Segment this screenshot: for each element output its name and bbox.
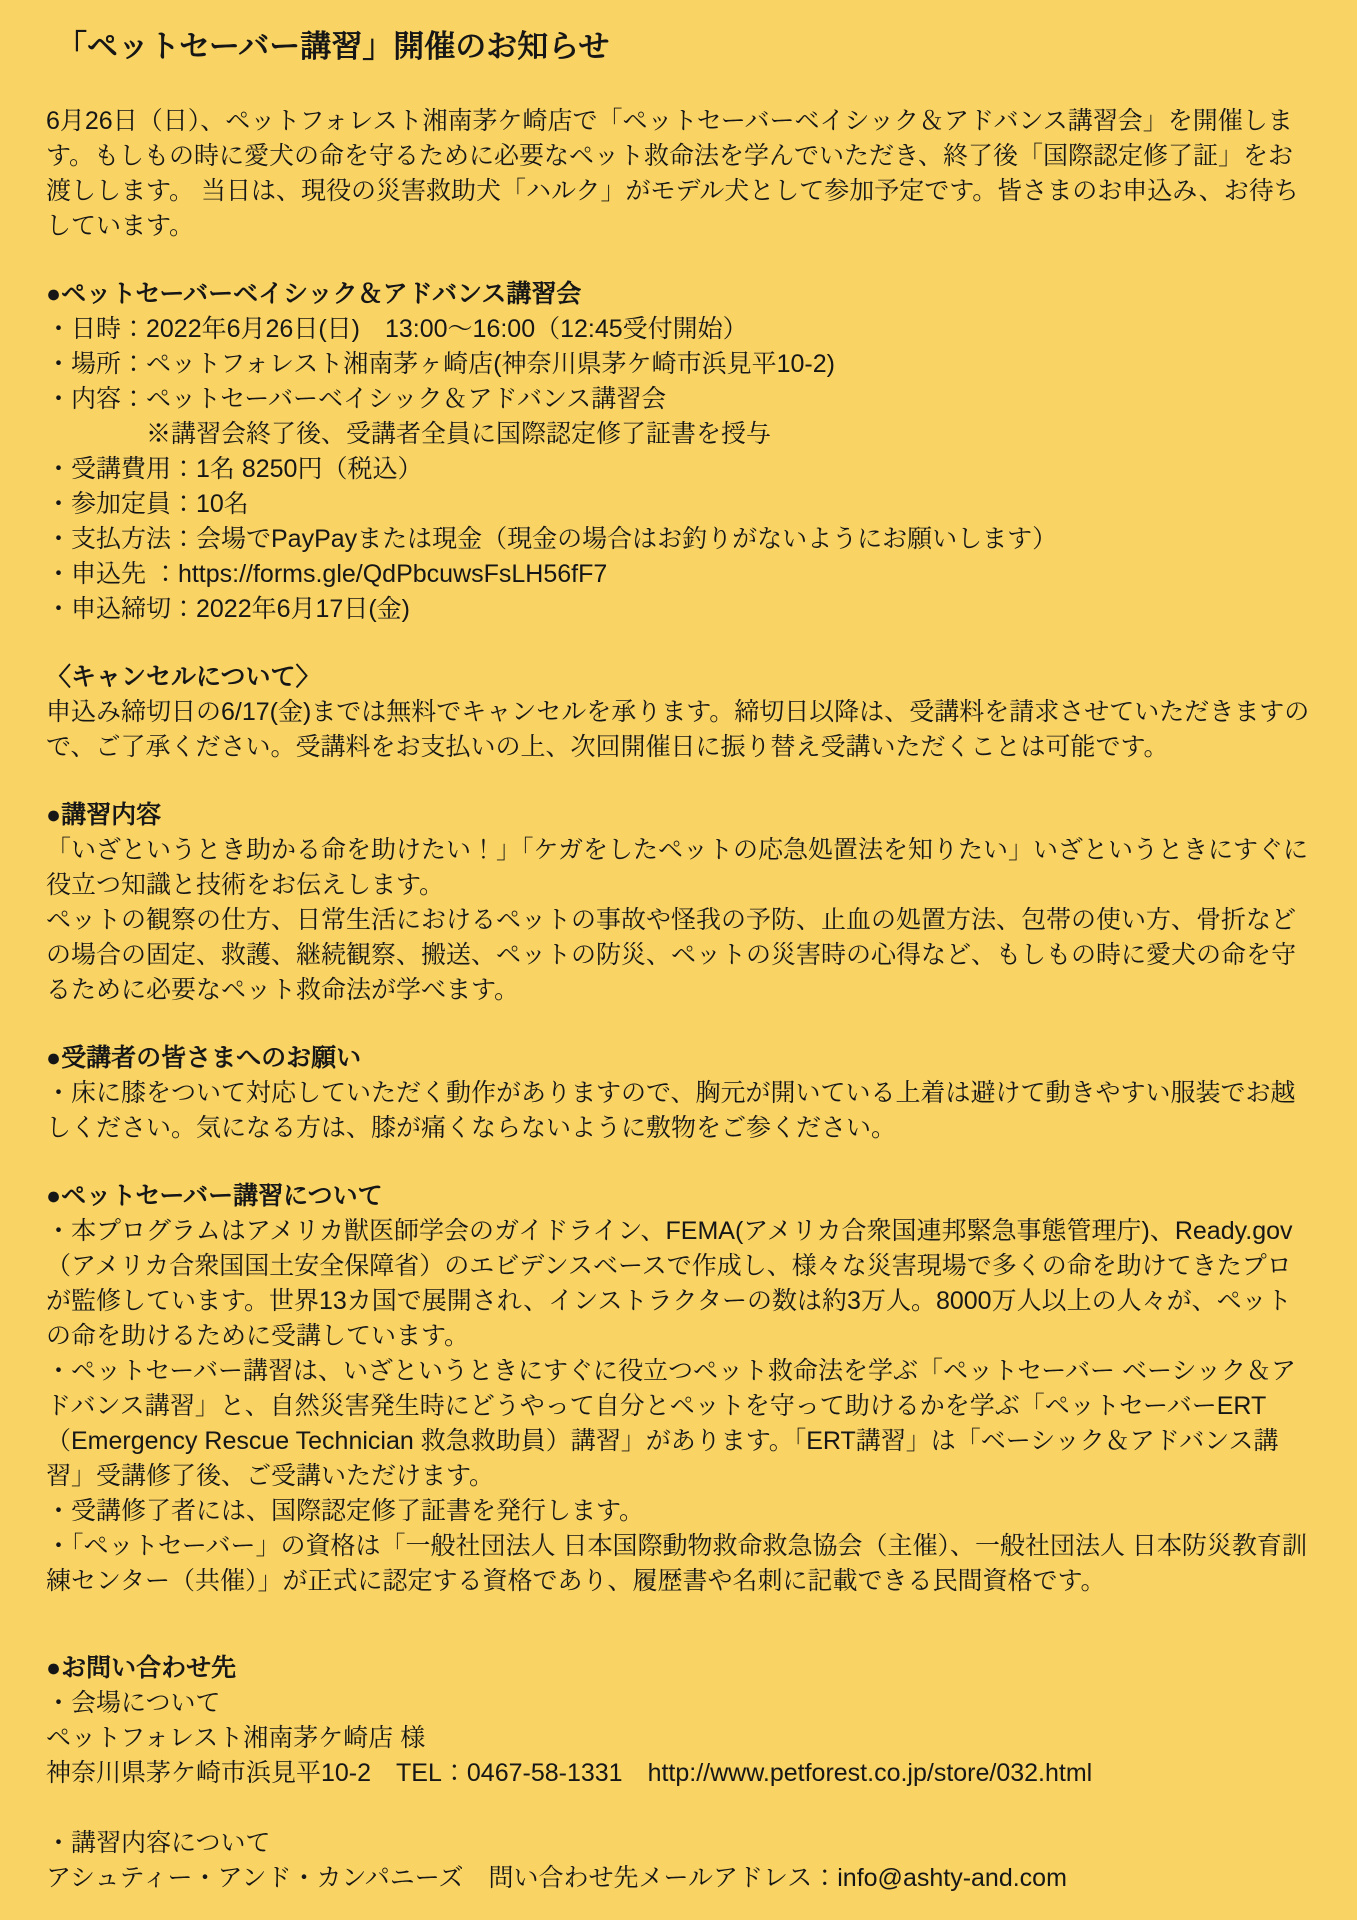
event-section: ●ペットセーバーベイシック＆アドバンス講習会 ・日時：2022年6月26日(日)… bbox=[46, 277, 1313, 627]
contact-venue-address: 神奈川県茅ケ崎市浜見平10-2 TEL：0467-58-1331 http://… bbox=[46, 1756, 1313, 1791]
attendee-request-heading: ●受講者の皆さまへのお願い bbox=[46, 1041, 1313, 1076]
event-item-content: ・内容：ペットセーバーベイシック＆アドバンス講習会 bbox=[46, 382, 1313, 417]
event-item-capacity: ・参加定員：10名 bbox=[46, 487, 1313, 522]
spacer bbox=[46, 1146, 1313, 1179]
spacer bbox=[46, 1791, 1313, 1826]
notice-page: 「ペットセーバー講習」開催のお知らせ 6月26日（日）、ペットフォレスト湘南茅ケ… bbox=[0, 0, 1357, 1920]
about-paragraph-courses: ・ペットセーバー講習は、いざというときにすぐに役立つペット救命法を学ぶ「ペットセ… bbox=[46, 1354, 1313, 1494]
event-item-place: ・場所：ペットフォレスト湘南茅ヶ崎店(神奈川県茅ケ崎市浜見平10-2) bbox=[46, 347, 1313, 382]
contact-course-label: ・講習内容について bbox=[46, 1826, 1313, 1861]
about-paragraph-qualification: ・「ペットセーバー」の資格は「一般社団法人 日本国際動物救命救急協会（主催）、一… bbox=[46, 1529, 1313, 1599]
about-paragraph-certificate: ・受講修了者には、国際認定修了証書を発行します。 bbox=[46, 1494, 1313, 1529]
intro-paragraph: 6月26日（日）、ペットフォレスト湘南茅ケ崎店で「ペットセーバーベイシック＆アド… bbox=[46, 104, 1313, 244]
notice-title: 「ペットセーバー講習」開催のお知らせ bbox=[46, 24, 1313, 69]
course-content-heading: ●講習内容 bbox=[46, 798, 1313, 833]
event-item-application-url: ・申込先 ：https://forms.gle/QdPbcuwsFsLH56fF… bbox=[46, 557, 1313, 592]
contact-heading: ●お問い合わせ先 bbox=[46, 1651, 1313, 1686]
spacer bbox=[46, 69, 1313, 104]
attendee-request-paragraph: ・床に膝をついて対応していただく動作がありますので、胸元が開いている上着は避けて… bbox=[46, 1076, 1313, 1146]
attendee-request-section: ●受講者の皆さまへのお願い ・床に膝をついて対応していただく動作がありますので、… bbox=[46, 1041, 1313, 1146]
contact-venue-label: ・会場について bbox=[46, 1686, 1313, 1721]
cancel-heading: 〈キャンセルについて〉 bbox=[46, 660, 1313, 695]
cancel-paragraph: 申込み締切日の6/17(金)までは無料でキャンセルを承ります。締切日以降は、受講… bbox=[46, 695, 1313, 765]
course-content-section: ●講習内容 「いざというとき助かる命を助けたい！」「ケガをしたペットの応急処置法… bbox=[46, 798, 1313, 1008]
about-paragraph-program: ・本プログラムはアメリカ獣医師学会のガイドライン、FEMA(アメリカ合衆国連邦緊… bbox=[46, 1214, 1313, 1354]
contact-venue-name: ペットフォレスト湘南茅ケ崎店 様 bbox=[46, 1721, 1313, 1756]
spacer bbox=[46, 627, 1313, 660]
spacer bbox=[46, 765, 1313, 798]
event-item-fee: ・受講費用：1名 8250円（税込） bbox=[46, 452, 1313, 487]
course-content-paragraph-1: 「いざというとき助かる命を助けたい！」「ケガをしたペットの応急処置法を知りたい」… bbox=[46, 833, 1313, 903]
contact-section: ●お問い合わせ先 ・会場について ペットフォレスト湘南茅ケ崎店 様 神奈川県茅ケ… bbox=[46, 1651, 1313, 1896]
event-item-deadline: ・申込締切：2022年6月17日(金) bbox=[46, 592, 1313, 627]
event-heading: ●ペットセーバーベイシック＆アドバンス講習会 bbox=[46, 277, 1313, 312]
course-content-paragraph-2: ペットの観察の仕方、日常生活におけるペットの事故や怪我の予防、止血の処置方法、包… bbox=[46, 903, 1313, 1008]
spacer bbox=[46, 1599, 1313, 1651]
event-item-certificate-note: ※講習会終了後、受講者全員に国際認定修了証書を授与 bbox=[46, 417, 1313, 452]
about-heading: ●ペットセーバー講習について bbox=[46, 1179, 1313, 1214]
contact-course-email: アシュティー・アンド・カンパニーズ 問い合わせ先メールアドレス：info@ash… bbox=[46, 1861, 1313, 1896]
cancel-section: 〈キャンセルについて〉 申込み締切日の6/17(金)までは無料でキャンセルを承り… bbox=[46, 660, 1313, 765]
event-item-payment: ・支払方法：会場でPayPayまたは現金（現金の場合はお釣りがないようにお願いし… bbox=[46, 522, 1313, 557]
about-section: ●ペットセーバー講習について ・本プログラムはアメリカ獣医師学会のガイドライン、… bbox=[46, 1179, 1313, 1599]
spacer bbox=[46, 1008, 1313, 1041]
event-item-datetime: ・日時：2022年6月26日(日) 13:00～16:00（12:45受付開始） bbox=[46, 312, 1313, 347]
spacer bbox=[46, 244, 1313, 277]
